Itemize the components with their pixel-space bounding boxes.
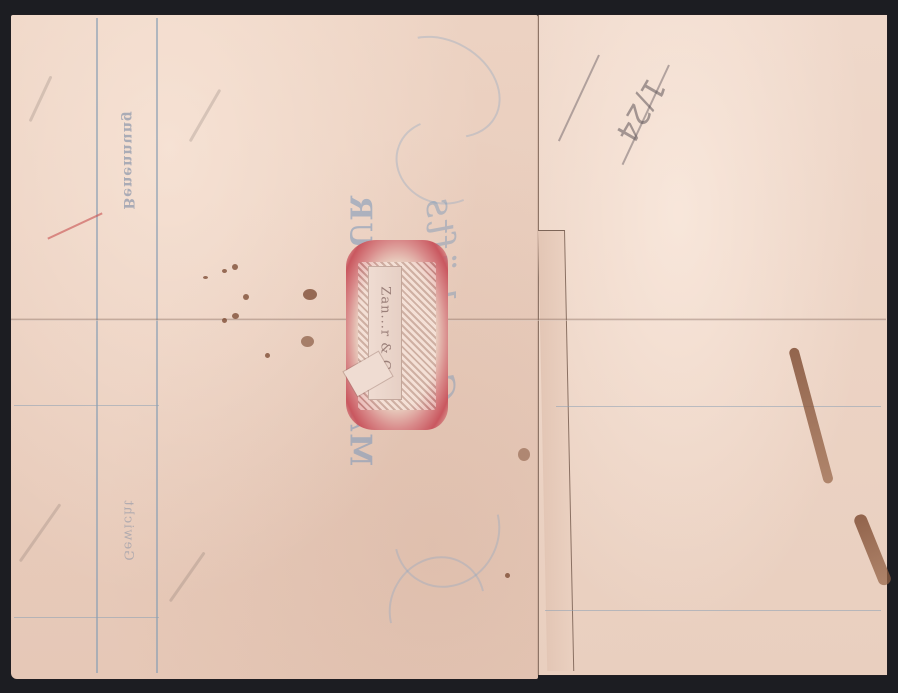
- fox-spot: [301, 336, 314, 347]
- fox-spot: [232, 264, 238, 270]
- ruling-line: [96, 18, 98, 673]
- fox-spot: [222, 269, 227, 273]
- letter-photo: MANUFAKTUR Geschäfts Benennung Gewicht Z…: [0, 0, 898, 693]
- letter-right-panel: [538, 15, 887, 675]
- ruling-line: [556, 406, 881, 407]
- ruling-line: [545, 610, 881, 611]
- ruling-line: [14, 617, 159, 618]
- column-header-top: Benennung: [120, 110, 136, 209]
- fox-spot: [265, 353, 270, 358]
- ruling-line: [14, 405, 159, 406]
- fox-spot: [243, 294, 249, 300]
- fox-spot: [222, 318, 227, 323]
- fox-spot: [303, 289, 317, 300]
- fox-spot: [203, 276, 208, 279]
- red-embossed-seal: Zan...r & Co: [346, 240, 448, 430]
- column-header-bottom: Gewicht: [121, 499, 136, 560]
- fox-spot: [505, 573, 510, 578]
- ruling-line: [156, 18, 158, 673]
- fox-spot: [518, 448, 530, 461]
- fox-spot: [232, 313, 239, 319]
